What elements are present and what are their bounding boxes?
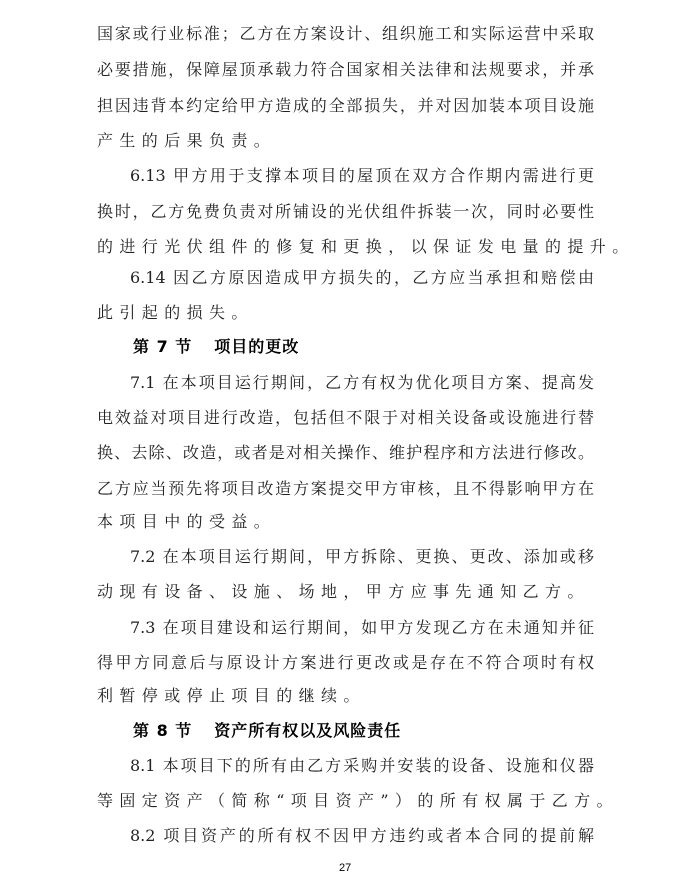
paragraph-line: 的进行光伏组件的修复和更换，以保证发电量的提升。 [97, 235, 594, 259]
clause-6-13-line: 6.13 甲方用于支撑本项目的屋顶在双方合作期内需进行更 [130, 164, 594, 188]
paragraph-line: 换时，乙方免费负责对所铺设的光伏组件拆装一次，同时必要性 [97, 200, 594, 224]
paragraph-line: 电效益对项目进行改造，包括但不限于对相关设备或设施进行替 [97, 406, 594, 430]
section-7-number: 第 7 节 [133, 335, 192, 359]
clause-7-1-line: 7.1 在本项目运行期间，乙方有权为优化项目方案、提高发 [130, 371, 594, 395]
paragraph-line: 利暂停或停止项目的继续。 [97, 684, 594, 708]
section-8-title: 资产所有权以及风险责任 [214, 721, 401, 740]
document-page: 国家或行业标准；乙方在方案设计、组织施工和实际运营中采取 必要措施，保障屋顶承载… [0, 0, 694, 888]
paragraph-line: 得甲方同意后与原设计方案进行更改或是存在不符合项时有权 [97, 651, 594, 675]
paragraph-line: 换、去除、改造，或者是对相关操作、维护程序和方法进行修改。 [97, 441, 594, 465]
paragraph-line: 担因违背本约定给甲方造成的全部损失，并对因加装本项目设施 [97, 94, 594, 118]
paragraph-line: 必要措施，保障屋顶承载力符合国家相关法律和法规要求，并承 [97, 58, 594, 82]
clause-8-1-line: 8.1 本项目下的所有由乙方采购并安装的设备、设施和仪器 [130, 754, 594, 778]
paragraph-line: 产生的后果负责。 [97, 129, 594, 153]
paragraph-line: 本项目中的受益。 [97, 510, 594, 534]
clause-6-14-line: 6.14 因乙方原因造成甲方损失的，乙方应当承担和赔偿由 [130, 266, 594, 290]
clause-7-2-line: 7.2 在本项目运行期间，甲方拆除、更换、更改、添加或移 [130, 545, 594, 569]
paragraph-line: 此引起的损失。 [97, 301, 594, 325]
section-7-title: 项目的更改 [214, 337, 299, 356]
clause-7-3-line: 7.3 在项目建设和运行期间，如甲方发现乙方在未通知并征 [130, 616, 594, 640]
paragraph-line: 国家或行业标准；乙方在方案设计、组织施工和实际运营中采取 [97, 22, 594, 46]
paragraph-line: 乙方应当预先将项目改造方案提交甲方审核，且不得影响甲方在 [97, 477, 594, 501]
paragraph-line: 动现有设备、设施、场地，甲方应事先通知乙方。 [97, 580, 594, 604]
section-7-heading: 第 7 节项目的更改 [133, 335, 299, 359]
page-number: 27 [339, 862, 351, 874]
clause-8-2-line: 8.2 项目资产的所有权不因甲方违约或者本合同的提前解 [130, 824, 594, 848]
paragraph-line: 等固定资产（简称“项目资产”）的所有权属于乙方。 [97, 789, 594, 813]
section-8-heading: 第 8 节资产所有权以及风险责任 [133, 719, 401, 743]
section-8-number: 第 8 节 [133, 719, 192, 743]
